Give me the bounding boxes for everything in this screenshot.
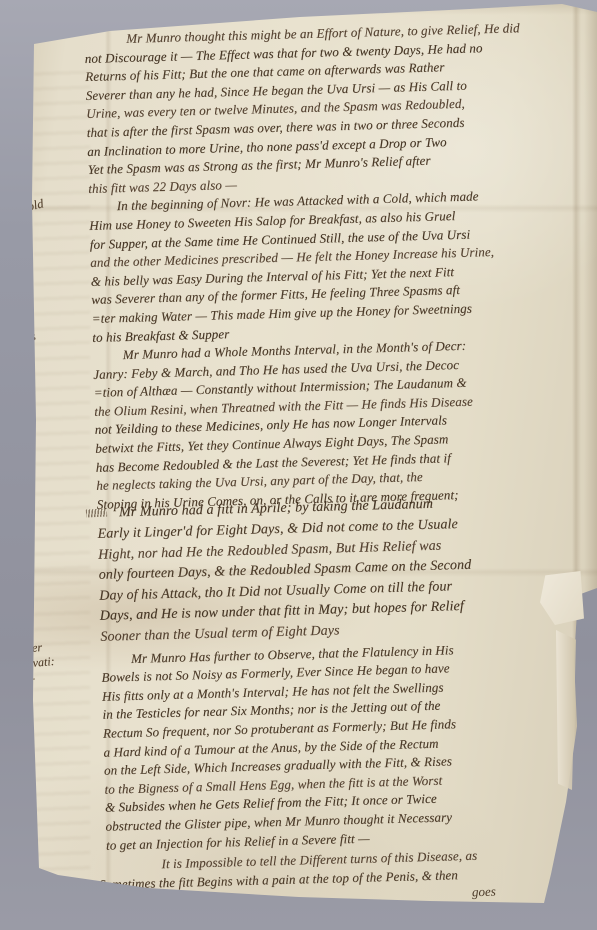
verso-show-through (34, 60, 90, 870)
manuscript-paper: Mr Munro thought this might be an Effort… (0, 0, 597, 930)
margin-note-effects: Effects (1, 329, 38, 352)
torn-paper-edge (556, 630, 576, 790)
margin-note-further-observations: Further observati: ons— (4, 639, 56, 688)
crossed-out-word (86, 508, 107, 517)
manuscript-photo: Mr Munro thought this might be an Effort… (0, 0, 597, 930)
margin-note-dash: — (7, 833, 21, 849)
manuscript-text: Mr Munro thought this might be an Effort… (84, 18, 587, 894)
catchword: goes (472, 884, 496, 901)
